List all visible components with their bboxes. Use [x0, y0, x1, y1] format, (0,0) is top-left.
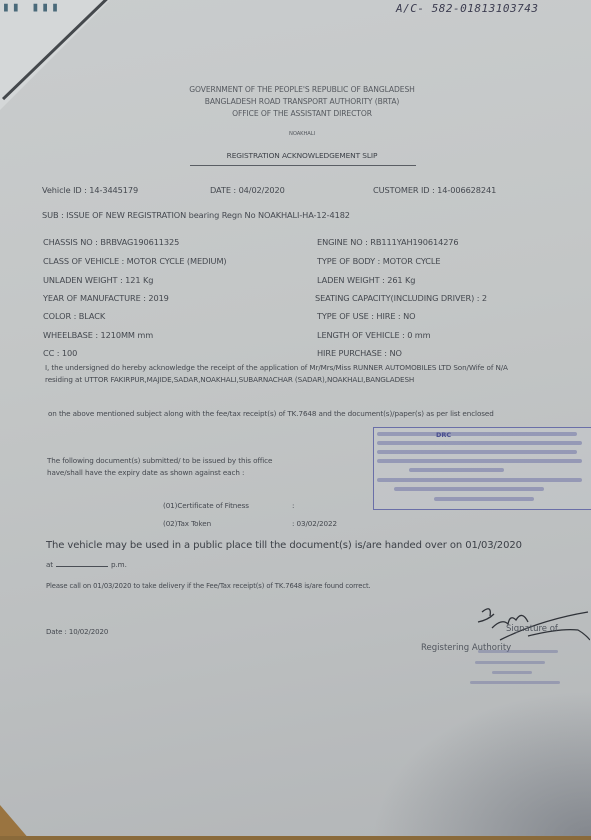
documents-intro-2: have/shall have the expiry date as shown…: [47, 468, 244, 477]
unladen-weight: UNLADEN WEIGHT : 121 Kg: [43, 275, 153, 285]
signature-label: Signature of: [506, 624, 558, 634]
length-of-vehicle: LENGTH OF VEHICLE : 0 mm: [317, 330, 431, 340]
acknowledgement-line-1: I, the undersigned do hereby acknowledge…: [45, 363, 508, 372]
underlying-page-marks: ▮▮ ▮▮▮: [2, 0, 61, 15]
drc-stamp: DRC: [373, 427, 591, 510]
document-expiry-tax-token: : 03/02/2022: [292, 519, 337, 528]
document-item-tax-token: (02)Tax Token: [163, 519, 211, 528]
slip-title: REGISTRATION ACKNOWLEDGEMENT SLIP: [152, 151, 452, 160]
laden-weight: LADEN WEIGHT : 261 Kg: [317, 275, 415, 285]
handwritten-account-note: A/C- 582-01813103743: [396, 2, 538, 15]
engine-no: ENGINE NO : RB111YAH190614276: [317, 237, 459, 247]
chassis-no: CHASSIS NO : BRBVAG190611325: [43, 237, 179, 247]
usage-time: atp.m.: [46, 560, 127, 569]
customer-id: CUSTOMER ID : 14-006628241: [373, 185, 496, 195]
time-blank: [56, 566, 108, 567]
acknowledgement-line-3: on the above mentioned subject along wit…: [48, 409, 494, 418]
table-surface: [0, 805, 30, 840]
hire-purchase: HIRE PURCHASE : NO: [317, 348, 402, 358]
document-page: ▮▮ ▮▮▮ A/C- 582-01813103743 GOVERNMENT O…: [0, 0, 591, 840]
stamp-drc-label: DRC: [436, 431, 451, 439]
type-of-body: TYPE OF BODY : MOTOR CYCLE: [317, 256, 440, 266]
documents-intro-1: The following document(s) submitted/ to …: [47, 456, 272, 465]
year-of-manufacture: YEAR OF MANUFACTURE : 2019: [43, 293, 169, 303]
header-office: OFFICE OF THE ASSISTANT DIRECTOR: [152, 109, 452, 118]
cc: CC : 100: [43, 348, 77, 358]
type-of-use: TYPE OF USE : HIRE : NO: [317, 311, 415, 321]
at-label: at: [46, 560, 53, 569]
title-underline: [190, 165, 416, 166]
document-item-fitness: (01)Certificate of Fitness: [163, 501, 249, 510]
wheelbase: WHEELBASE : 1210MM mm: [43, 330, 153, 340]
usage-statement: The vehicle may be used in a public plac…: [46, 540, 522, 551]
subject-line: SUB : ISSUE OF NEW REGISTRATION bearing …: [42, 210, 350, 220]
vehicle-id: Vehicle ID : 14-3445179: [42, 185, 138, 195]
header-district: NOAKHALI: [152, 131, 452, 137]
footer-date: Date : 10/02/2020: [46, 628, 108, 636]
header-government: GOVERNMENT OF THE PEOPLE'S REPUBLIC OF B…: [152, 85, 452, 94]
acknowledgement-line-2: residing at UTTOR FAKIRPUR,MAJIDE,SADAR,…: [45, 375, 414, 384]
pm-label: p.m.: [111, 560, 127, 569]
class-of-vehicle: CLASS OF VEHICLE : MOTOR CYCLE (MEDIUM): [43, 256, 227, 266]
table-surface-edge: [0, 836, 591, 840]
header-brta: BANGLADESH ROAD TRANSPORT AUTHORITY (BRT…: [152, 97, 452, 106]
shadow: [371, 690, 591, 840]
delivery-statement: Please call on 01/03/2020 to take delive…: [46, 582, 371, 590]
seating-capacity: SEATING CAPACITY(INCLUDING DRIVER) : 2: [315, 293, 487, 303]
color: COLOR : BLACK: [43, 311, 105, 321]
document-expiry-fitness: :: [292, 501, 294, 510]
slip-date: DATE : 04/02/2020: [210, 185, 285, 195]
underlying-page-corner: [0, 0, 110, 110]
